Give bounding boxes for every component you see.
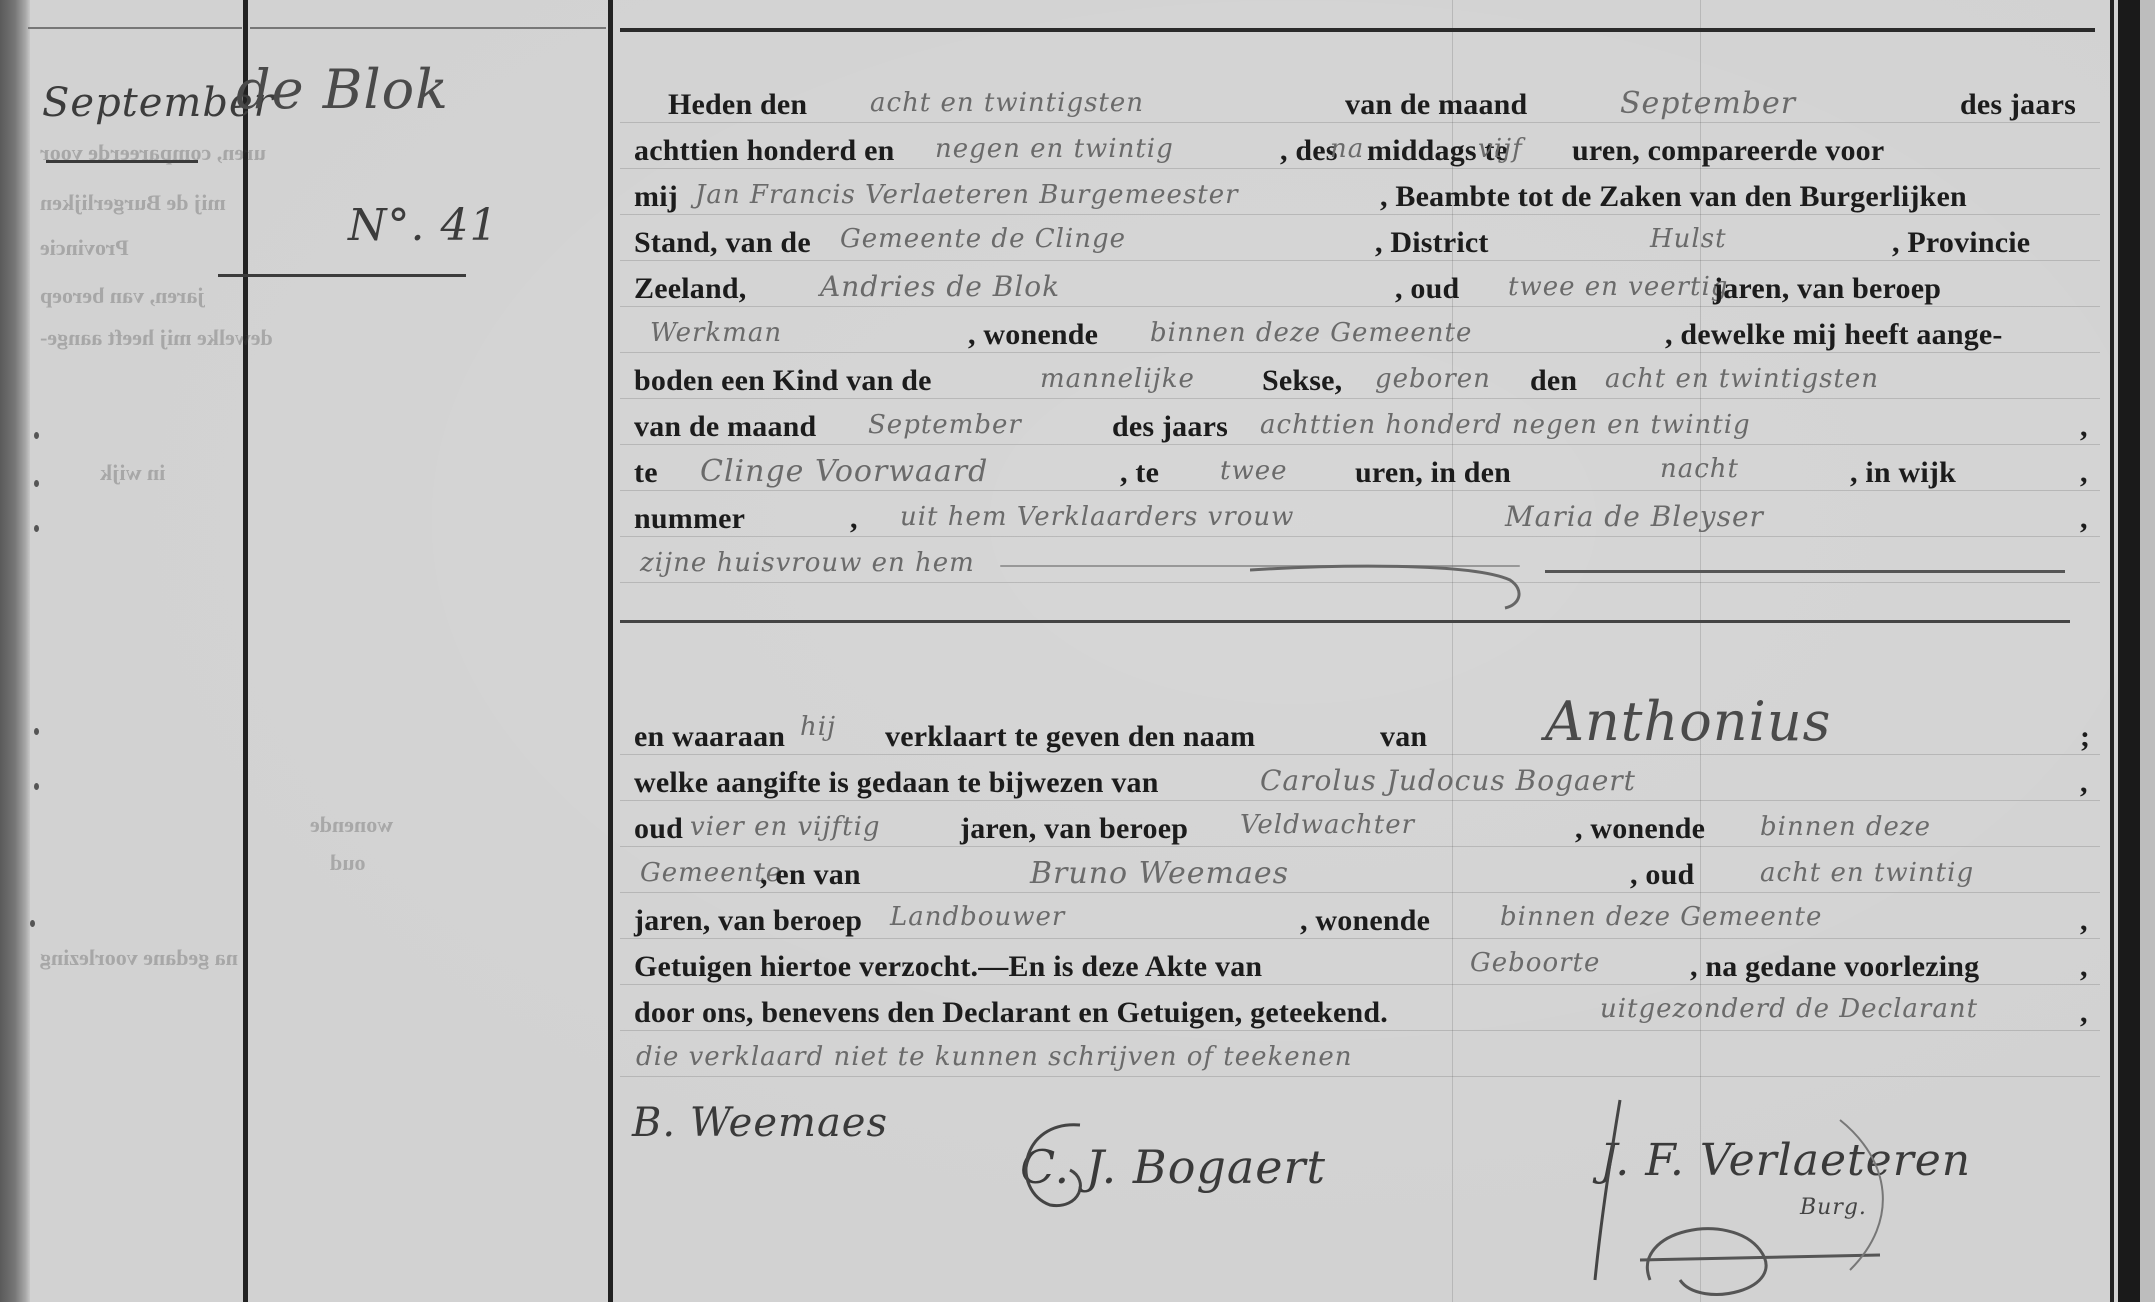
middle-rule <box>620 620 2070 623</box>
printed-text: mij <box>634 180 678 214</box>
bleed-through-text: uren, compareerde voor <box>40 140 266 166</box>
ruled-line <box>620 800 2100 801</box>
printed-text: , <box>2080 904 2088 938</box>
printed-text: van de maand <box>1345 88 1527 122</box>
printed-text: nummer <box>634 502 745 536</box>
handwritten-birth-day: acht en twintigsten <box>1605 364 1879 394</box>
handwritten-act-type: Geboorte <box>1470 948 1600 978</box>
ruled-line <box>620 168 2100 169</box>
ruled-line <box>620 260 2100 261</box>
ruled-line <box>620 846 2100 847</box>
handwritten-witness-1-age: vier en vijftig <box>690 812 881 842</box>
ruled-line <box>620 938 2100 939</box>
ruled-line <box>620 1030 2100 1031</box>
bleed-through-text: Provincie <box>40 235 129 261</box>
margin-surname-heading: de Blok <box>236 58 449 121</box>
handwritten-declarant-name: Andries de Blok <box>820 270 1060 303</box>
handwritten-mother-relation: uit hem Verklaarders vrouw <box>900 502 1294 532</box>
handwritten-year: negen en twintig <box>935 134 1174 164</box>
margin-top-rule <box>250 27 606 29</box>
signature-witness-1: B. Weemaes <box>632 1100 888 1146</box>
handwritten-witness-1-occupation: Veldwachter <box>1240 810 1415 840</box>
top-rule <box>620 28 2095 32</box>
printed-text: , <box>2080 766 2088 800</box>
handwritten-sex: mannelijke <box>1040 364 1195 394</box>
signature-flourish-icon <box>1590 1080 1990 1302</box>
right-frame-rule-thick <box>2118 0 2140 1302</box>
printed-text: welke aangifte is gedaan te bijwezen van <box>634 766 1159 800</box>
printed-text: , en van <box>760 858 861 892</box>
printed-text: van <box>1380 720 1427 754</box>
handwritten-witness-2-name: Bruno Weemaes <box>1030 856 1289 891</box>
margin-mark <box>34 480 39 487</box>
handwritten-witness-2-occupation: Landbouwer <box>890 902 1065 932</box>
handwritten-mother-name: Maria de Bleyser <box>1505 500 1764 533</box>
margin-top-rule <box>28 27 242 29</box>
act-number-underline <box>218 274 466 277</box>
handwritten-exception-note: uitgezonderd de Declarant <box>1600 994 1978 1024</box>
printed-text: , in wijk <box>1850 456 1956 490</box>
printed-text: verklaart te geven den naam <box>885 720 1255 754</box>
handwritten-birth-hour: twee <box>1220 456 1287 486</box>
handwritten-birth-month: September <box>868 410 1022 440</box>
printed-text: achttien honderd en <box>634 134 895 168</box>
handwritten-child-name: Anthonius <box>1545 690 1831 753</box>
handwritten-district: Hulst <box>1650 224 1727 254</box>
handwritten-declarant-pronoun: hij <box>800 712 836 742</box>
handwritten-born: geboren <box>1375 364 1491 394</box>
handwritten-hour: vijf <box>1478 134 1523 164</box>
margin-mark <box>30 920 35 927</box>
printed-text: des jaars <box>1112 410 1228 444</box>
printed-text: uren, compareerde voor <box>1572 134 1884 168</box>
printed-text: , wonende <box>1575 812 1705 846</box>
printed-text: , oud <box>1630 858 1694 892</box>
printed-text: ; <box>2080 720 2090 754</box>
printed-text: , na gedane voorlezing <box>1690 950 1979 984</box>
printed-text: des jaars <box>1960 88 2076 122</box>
ruled-line <box>620 122 2100 123</box>
printed-text: Sekse, <box>1262 364 1342 398</box>
handwritten-time-of-birth: nacht <box>1660 454 1739 484</box>
printed-text: , <box>2080 996 2088 1030</box>
handwritten-time-of-day: na <box>1330 134 1364 164</box>
printed-text: jaren, van beroep <box>960 812 1188 846</box>
printed-text: , Provincie <box>1892 226 2030 260</box>
printed-text: , <box>2080 456 2088 490</box>
printed-text: , dewelke mij heeft aange- <box>1665 318 2003 352</box>
bleed-through-text: in wijk <box>100 460 165 486</box>
printed-text: , District <box>1375 226 1489 260</box>
handwritten-declarant-age: twee en veertig <box>1508 272 1728 302</box>
handwritten-witness-1-name: Carolus Judocus Bogaert <box>1260 764 1636 797</box>
fill-line-stroke <box>1545 570 2065 573</box>
printed-text: den <box>1530 364 1577 398</box>
printed-text: , <box>850 502 858 536</box>
handwritten-officer: Jan Francis Verlaeteren Burgemeester <box>695 180 1239 210</box>
ruled-line <box>620 490 2100 491</box>
printed-text: Stand, van de <box>634 226 811 260</box>
margin-mark <box>34 432 39 439</box>
handwritten-witness-2-residence: binnen deze Gemeente <box>1500 902 1822 932</box>
bleed-through-text: mij de Burgerlijken <box>40 190 226 216</box>
handwritten-declarant-occupation: Werkman <box>650 318 782 348</box>
handwritten-witness-2-age: acht en twintig <box>1760 858 1974 888</box>
handwritten-exception-note-cont: die verklaard niet te kunnen schrijven o… <box>636 1042 1353 1072</box>
printed-text: te <box>634 456 658 490</box>
ruled-line <box>620 398 2100 399</box>
printed-text: en waaraan <box>634 720 785 754</box>
handwritten-mother-relation-cont: zijne huisvrouw en hem <box>640 548 975 578</box>
handwritten-day: acht en twintigsten <box>870 88 1144 118</box>
handwritten-municipality: Gemeente de Clinge <box>840 224 1126 254</box>
right-frame-rule-thin <box>2110 0 2114 1302</box>
ruled-line <box>620 984 2100 985</box>
ruled-line <box>620 1076 2100 1077</box>
printed-text: van de maand <box>634 410 816 444</box>
margin-column-rule-2 <box>608 0 613 1302</box>
page-binding-shadow <box>0 0 30 1302</box>
ruled-line <box>620 306 2100 307</box>
handwritten-month: September <box>1620 86 1796 121</box>
printed-text: uren, in den <box>1355 456 1511 490</box>
ruled-line <box>620 352 2100 353</box>
printed-text: Getuigen hiertoe verzocht.—En is deze Ak… <box>634 950 1262 984</box>
printed-text: , oud <box>1395 272 1459 306</box>
margin-mark <box>34 525 39 532</box>
ruled-line <box>620 444 2100 445</box>
printed-text: , Beambte tot de Zaken van den Burgerlij… <box>1380 180 1967 214</box>
document-page: September de Blok N°. 41 uren, compareer… <box>0 0 2155 1302</box>
handwritten-birthplace: Clinge Voorwaard <box>700 454 988 489</box>
printed-text: , wonende <box>1300 904 1430 938</box>
act-number: N°. 41 <box>348 200 498 251</box>
bleed-through-text: dewelke mij heeft aange- <box>40 325 273 351</box>
printed-text: , <box>2080 502 2088 536</box>
printed-text: , te <box>1120 456 1159 490</box>
margin-mark <box>34 783 39 790</box>
printed-text: , <box>2080 950 2088 984</box>
printed-text: jaren, van beroep <box>634 904 862 938</box>
ruled-line <box>620 892 2100 893</box>
handwritten-birth-year: achttien honderd negen en twintig <box>1260 410 1751 440</box>
margin-column-rule-1 <box>243 0 248 1302</box>
ruled-line <box>620 536 2100 537</box>
ruled-line <box>620 754 2100 755</box>
printed-text: door ons, benevens den Declarant en Getu… <box>634 996 1388 1030</box>
signature-loop-icon <box>1000 1110 1120 1220</box>
printed-text: oud <box>634 812 683 846</box>
bleed-through-text: oud <box>330 850 365 876</box>
margin-mark <box>34 728 39 735</box>
printed-text: boden een Kind van de <box>634 364 932 398</box>
printed-text: , wonende <box>968 318 1098 352</box>
handwritten-witness-1-residence: binnen deze <box>1760 812 1931 842</box>
handwritten-declarant-residence: binnen deze Gemeente <box>1150 318 1472 348</box>
printed-text: Zeeland, <box>634 272 746 306</box>
printed-text: jaren, van beroep <box>1713 272 1941 306</box>
bleed-through-text: wonende <box>310 812 393 838</box>
printed-text: , <box>2080 410 2088 444</box>
ruled-line <box>620 214 2100 215</box>
printed-text: Heden den <box>668 88 807 122</box>
right-edge <box>2140 0 2155 1302</box>
flourish-stroke-icon <box>1250 560 1530 610</box>
bleed-through-text: na gedane voorlezing <box>40 945 238 971</box>
bleed-through-text: jaren, van beroep <box>40 283 205 309</box>
